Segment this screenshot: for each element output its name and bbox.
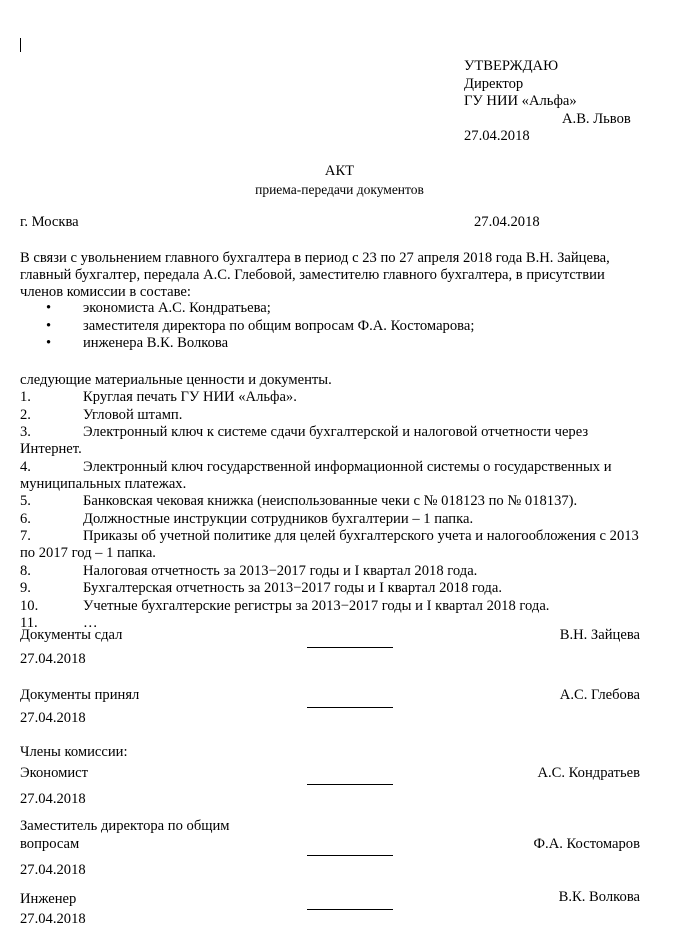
item-number: 7. [20, 528, 31, 545]
list-item: 2.Угловой штамп. [20, 407, 640, 424]
list-item: 7.Приказы об учетной политике для целей … [20, 528, 640, 562]
member-label-cont: вопросам [20, 836, 79, 853]
items-list: следующие материальные ценности и докуме… [20, 372, 640, 633]
member-label: Инженер [20, 891, 76, 908]
handed-label: Документы сдал [20, 627, 122, 644]
received-label: Документы принял [20, 687, 139, 704]
item-text: Должностные инструкции сотрудников бухга… [20, 511, 640, 528]
item-text: Электронный ключ государственной информа… [20, 459, 640, 493]
city: г. Москва [20, 214, 79, 231]
document-title: АКТ [0, 163, 679, 180]
handed-date: 27.04.2018 [20, 651, 86, 668]
approval-date: 27.04.2018 [464, 128, 631, 146]
member-date: 27.04.2018 [20, 911, 86, 928]
list-item-text: заместителя директора по общим вопросам … [83, 318, 474, 335]
item-number: 3. [20, 424, 31, 441]
item-number: 1. [20, 389, 31, 406]
item-text: Учетные бухгалтерские регистры за 2013−2… [20, 598, 640, 615]
item-text: Налоговая отчетность за 2013−2017 годы и… [20, 563, 640, 580]
bullet-icon: • [46, 335, 51, 352]
item-number: 9. [20, 580, 31, 597]
list-item: 1.Круглая печать ГУ НИИ «Альфа». [20, 389, 640, 406]
list-item: 5.Банковская чековая книжка (неиспользов… [20, 493, 640, 510]
approval-position: Директор [464, 76, 631, 94]
approval-block: УТВЕРЖДАЮ Директор ГУ НИИ «Альфа» А.В. Л… [464, 58, 631, 146]
signature-line [307, 909, 393, 910]
approval-signer: А.В. Львов [464, 111, 631, 129]
list-item: 4.Электронный ключ государственной инфор… [20, 459, 640, 493]
list-item: 8.Налоговая отчетность за 2013−2017 годы… [20, 563, 640, 580]
item-text: Круглая печать ГУ НИИ «Альфа». [20, 389, 640, 406]
member-date: 27.04.2018 [20, 791, 86, 808]
signature-line [307, 647, 393, 648]
signature-line [307, 707, 393, 708]
item-number: 4. [20, 459, 31, 476]
received-name: А.С. Глебова [560, 687, 640, 704]
item-number: 8. [20, 563, 31, 580]
item-text: Электронный ключ к системе сдачи бухгалт… [20, 424, 640, 458]
item-text: Бухгалтерская отчетность за 2013−2017 го… [20, 580, 640, 597]
item-text: Банковская чековая книжка (неиспользован… [20, 493, 640, 510]
item-text: Угловой штамп. [20, 407, 640, 424]
items-lead: следующие материальные ценности и докуме… [20, 372, 640, 389]
document-date: 27.04.2018 [474, 214, 540, 231]
bullet-icon: • [46, 300, 51, 317]
member-label: Экономист [20, 765, 88, 782]
handed-name: В.Н. Зайцева [560, 627, 640, 644]
received-date: 27.04.2018 [20, 710, 86, 727]
member-name: А.С. Кондратьев [537, 765, 640, 782]
text-cursor [20, 38, 21, 52]
list-item: 6.Должностные инструкции сотрудников бух… [20, 511, 640, 528]
bullet-icon: • [46, 318, 51, 335]
member-name: Ф.А. Костомаров [534, 836, 640, 853]
member-date: 27.04.2018 [20, 862, 86, 879]
item-number: 10. [20, 598, 38, 615]
commission-heading: Члены комиссии: [20, 744, 128, 761]
item-text: Приказы об учетной политике для целей бу… [20, 528, 640, 562]
list-item-text: экономиста А.С. Кондратьева; [83, 300, 271, 317]
signature-line [307, 855, 393, 856]
list-item: 9.Бухгалтерская отчетность за 2013−2017 … [20, 580, 640, 597]
intro-paragraph: В связи с увольнением главного бухгалтер… [20, 250, 620, 301]
member-name: В.К. Волкова [559, 889, 640, 906]
item-number: 2. [20, 407, 31, 424]
item-number: 5. [20, 493, 31, 510]
list-item: 10.Учетные бухгалтерские регистры за 201… [20, 598, 640, 615]
member-label: Заместитель директора по общим [20, 818, 230, 835]
list-item-text: инженера В.К. Волкова [83, 335, 228, 352]
signature-line [307, 784, 393, 785]
document-subtitle: приема-передачи документов [0, 181, 679, 198]
item-number: 6. [20, 511, 31, 528]
list-item: 3.Электронный ключ к системе сдачи бухга… [20, 424, 640, 458]
approval-organization: ГУ НИИ «Альфа» [464, 93, 631, 111]
approval-heading: УТВЕРЖДАЮ [464, 58, 631, 76]
